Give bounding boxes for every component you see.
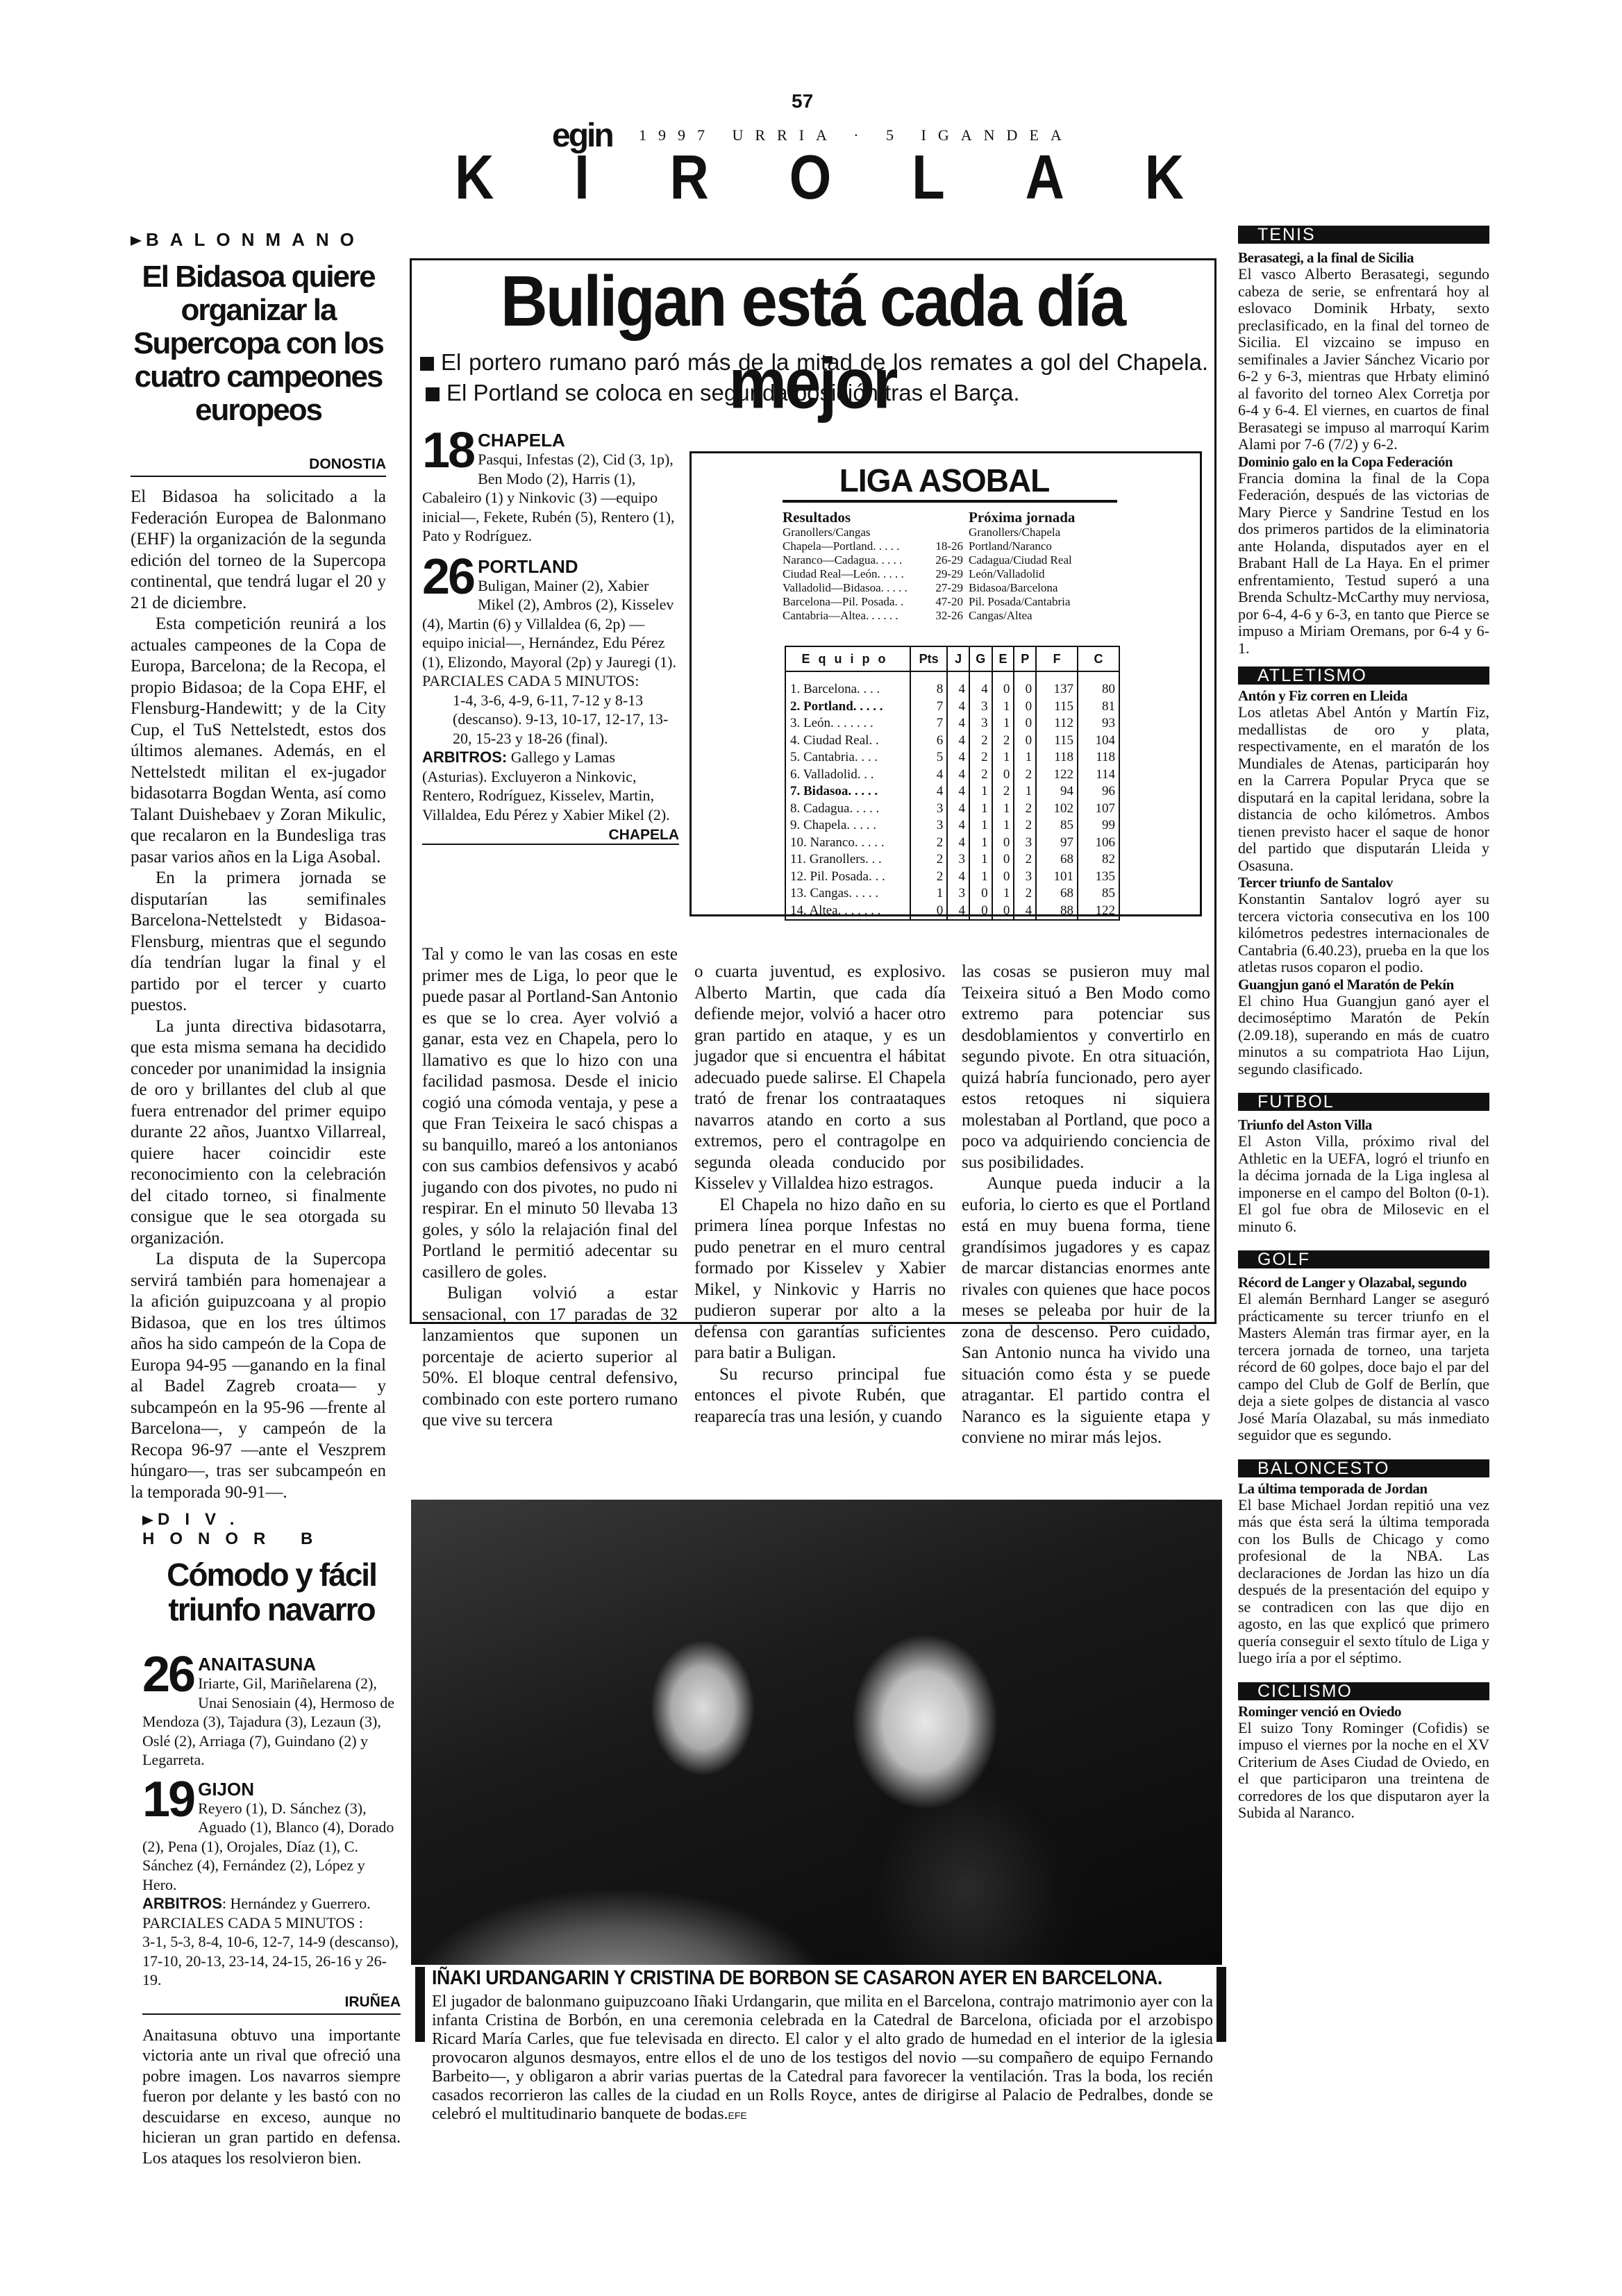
stat-cell: 4 [910,783,947,801]
team-cell: 14. Altea. . . . . . . [785,903,910,921]
stat-cell: 68 [1036,885,1078,903]
stat-cell: 115 [1036,732,1078,750]
stat-cell: 1 [969,783,992,801]
results-list: Resultados Granollers/Cangas Chapela—Por… [783,509,963,623]
briefs-column: TENIS Berasategi, a la final de Sicilia … [1238,226,1489,1822]
score-value: 18 [422,430,474,471]
article-byline: DONOSTIA [131,456,386,477]
brief-headline: Tercer triunfo de Santalov [1238,874,1489,891]
brief-headline: La última temporada de Jordan [1238,1480,1489,1497]
brief-body: Konstantin Santalov logró ayer su tercer… [1238,891,1489,976]
brief-body: El base Michael Jordan repitió una vez m… [1238,1497,1489,1667]
divider [783,500,1117,503]
referees-line: ARBITROS: Gallego y Lamas (Asturias). Ex… [422,748,679,824]
stat-cell: 1 [969,817,992,835]
brief-headline: Récord de Langer y Olazabal, segundo [1238,1274,1489,1291]
section-title-letter: R [670,141,709,214]
brief-section-atletismo: ATLETISMO Antón y Fiz corren en Lleida L… [1238,667,1489,1078]
stat-cell: 122 [1078,903,1119,921]
stat-cell: 82 [1078,851,1119,869]
triangle-bullet-icon [142,1516,153,1525]
stat-cell: 1 [1014,749,1036,766]
article-headline: Cómodo y fácil triunfo navarro [142,1557,401,1627]
score-value: 26 [142,1654,194,1695]
box-score: 18 CHAPELA Pasqui, Infestas (2), Cid (3,… [422,430,679,845]
brief-body: El chino Hua Guangjun ganó ayer el decim… [1238,993,1489,1078]
team-cell: 4. Ciudad Real. . [785,732,910,750]
stat-cell: 4 [947,766,969,784]
stat-cell: 102 [1036,801,1078,818]
stat-cell: 0 [992,903,1014,921]
stat-cell: 4 [947,681,969,698]
stat-cell: 96 [1078,783,1119,801]
stat-cell: 2 [910,835,947,852]
article-column-1: Tal y como le van las cosas en este prim… [422,944,678,1432]
stat-cell: 3 [910,801,947,818]
fixture: Granollers/Chapela [969,526,1121,539]
stat-cell: 4 [910,766,947,784]
article-anaitasuna-gijon: DIV. HONOR B Cómodo y fácil triunfo nava… [142,1510,401,2169]
stat-cell: 1 [992,817,1014,835]
stat-cell: 114 [1078,766,1119,784]
stat-cell: 0 [910,903,947,921]
team-cell: 12. Pil. Posada. . . [785,869,910,886]
stat-cell: 4 [947,817,969,835]
stat-cell: 81 [1078,698,1119,716]
brief-section-futbol: FUTBOL Triunfo del Aston Villa El Aston … [1238,1093,1489,1235]
score-value: 26 [422,557,474,597]
section-title-letter: A [1026,141,1064,214]
brief-headline: Dominio galo en la Copa Federación [1238,453,1489,470]
stat-cell: 1 [910,885,947,903]
section-title: K I R O L A K [455,141,1184,214]
paragraph: las cosas se pusieron muy mal Teixeira s… [962,962,1210,1173]
stat-cell: 0 [1014,732,1036,750]
stat-cell: 1 [969,835,992,852]
partials-label: PARCIALES CADA 5 MINUTOS: [422,671,679,691]
section-title-letter: I [574,141,590,214]
paragraph: Aunque pueda inducir a la euforia, lo ci… [962,1173,1210,1449]
stat-cell: 2 [910,851,947,869]
scoreboard-home: 18 CHAPELA Pasqui, Infestas (2), Cid (3,… [422,430,679,546]
stat-cell: 4 [947,903,969,921]
section-title-letter: O [789,141,832,214]
stat-cell: 99 [1078,817,1119,835]
stat-cell: 85 [1078,885,1119,903]
fixture: León/Valladolid [969,567,1121,581]
column-header: J [947,646,969,671]
stat-cell: 93 [1078,715,1119,732]
stat-cell: 3 [947,885,969,903]
stat-cell: 0 [969,885,992,903]
stat-cell: 101 [1036,869,1078,886]
referees-line: ARBITROS: Hernández y Guerrero. [142,1894,401,1913]
team-cell: 13. Cangas. . . . . [785,885,910,903]
brief-body: Francia domina la final de la Copa Feder… [1238,470,1489,657]
paragraph: La disputa de la Supercopa servirá tambi… [131,1249,386,1503]
brief-section-tenis: TENIS Berasategi, a la final de Sicilia … [1238,226,1489,657]
paragraph: Esta competición reunirá a los actuales … [131,614,386,868]
stat-cell: 68 [1036,851,1078,869]
stat-cell: 2 [992,732,1014,750]
stat-cell: 80 [1078,681,1119,698]
stat-cell: 3 [947,851,969,869]
team-cell: 3. León. . . . . . . [785,715,910,732]
next-round-list: Próxima jornada Granollers/Chapela Portl… [969,509,1121,623]
column-header: Equipo [785,646,910,671]
standings-row: 14. Altea. . . . . . .0400488122 [785,903,1119,921]
paragraph: Anaitasuna obtuvo una importante victori… [142,2026,401,2170]
stat-cell: 7 [910,715,947,732]
standings-row: 13. Cangas. . . . .130126885 [785,885,1119,903]
paragraph: o cuarta juventud, es explosivo. Alberto… [694,962,946,1195]
standings-row: 7. Bidasoa. . . . .441219496 [785,783,1119,801]
standings-row: 1. Barcelona. . . .8440013780 [785,681,1119,698]
caption-bar-left [415,1967,425,2042]
score-value: 19 [142,1779,194,1820]
stat-cell: 135 [1078,869,1119,886]
section-title-letter: L [912,141,945,214]
standings-row: 8. Cadagua. . . . .34112102107 [785,801,1119,818]
paragraph: Su recurso principal fue entonces el piv… [694,1364,946,1428]
brief-body: Los atletas Abel Antón y Martín Fiz, med… [1238,704,1489,874]
article-column-2: o cuarta juventud, es explosivo. Alberto… [694,962,946,1427]
article-byline: CHAPELA [422,827,679,845]
section-label: CICLISMO [1238,1682,1489,1700]
stat-cell: 0 [992,835,1014,852]
stat-cell: 4 [947,732,969,750]
brief-body: El vasco Alberto Berasategi, segundo cab… [1238,266,1489,453]
stat-cell: 85 [1036,817,1078,835]
news-photo [411,1500,1222,1965]
team-cell: 5. Cantabria. . . . [785,749,910,766]
section-title-letter: K [1145,141,1184,214]
paragraph: En la primera jornada se disputarían las… [131,868,386,1016]
results-header: Resultados [783,509,963,526]
brief-body: El Aston Villa, próximo rival del Athlet… [1238,1133,1489,1235]
square-bullet-icon [420,357,434,371]
triangle-bullet-icon [131,236,142,246]
partials-label: PARCIALES CADA 5 MINUTOS : [142,1913,401,1933]
stat-cell: 2 [1014,801,1036,818]
square-bullet-icon [426,387,440,401]
team-cell: 11. Granollers. . . [785,851,910,869]
stat-cell: 2 [1014,817,1036,835]
liga-asobal-title: LIGA ASOBAL [694,462,1194,499]
column-header: C [1078,646,1119,671]
stat-cell: 4 [947,835,969,852]
column-header: F [1036,646,1078,671]
team-cell: 2. Portland. . . . . [785,698,910,716]
stat-cell: 1 [992,698,1014,716]
team-cell: 10. Naranco. . . . . [785,835,910,852]
standings-row: 2. Portland. . . . .7431011581 [785,698,1119,716]
standings-row: 3. León. . . . . . .7431011293 [785,715,1119,732]
result-row: Naranco—Cadagua. . . . .26-29 [783,553,963,567]
brief-headline: Triunfo del Aston Villa [1238,1116,1489,1133]
stat-cell: 4 [969,681,992,698]
stat-cell: 107 [1078,801,1119,818]
fixture: Portland/Naranco [969,539,1121,553]
standings-row: 6. Valladolid. . .44202122114 [785,766,1119,784]
stat-cell: 3 [1014,835,1036,852]
stat-cell: 2 [910,869,947,886]
section-label: TENIS [1238,226,1489,244]
brief-headline: Rominger venció en Oviedo [1238,1703,1489,1720]
stat-cell: 0 [992,869,1014,886]
article-column-3: las cosas se pusieron muy mal Teixeira s… [962,962,1210,1449]
stat-cell: 3 [969,715,992,732]
stat-cell: 1 [1014,783,1036,801]
team-cell: 7. Bidasoa. . . . . [785,783,910,801]
brief-headline: Berasategi, a la final de Sicilia [1238,249,1489,266]
stat-cell: 118 [1036,749,1078,766]
brief-body: El suizo Tony Rominger (Cofidis) se impu… [1238,1720,1489,1822]
paragraph: La junta directiva bidasotarra, que esta… [131,1016,386,1250]
stat-cell: 5 [910,749,947,766]
stat-cell: 1 [992,885,1014,903]
stat-cell: 4 [947,869,969,886]
section-label: FUTBOL [1238,1093,1489,1111]
standings-row: 5. Cantabria. . . .54211118118 [785,749,1119,766]
section-label: BALONCESTO [1238,1459,1489,1477]
section-label: GOLF [1238,1250,1489,1268]
stat-cell: 1 [992,715,1014,732]
article-kicker: BALONMANO [131,229,386,251]
brief-section-baloncesto: BALONCESTO La última temporada de Jordan… [1238,1459,1489,1667]
result-row: Ciudad Real—León. . . . .29-29 [783,567,963,581]
stat-cell: 94 [1036,783,1078,801]
photo-caption-headline: IÑAKI URDANGARIN Y CRISTINA DE BORBON SE… [432,1967,1147,1990]
fixture: Bidasoa/Barcelona [969,581,1121,595]
result-row: Chapela—Portland. . . . .18-26 [783,539,963,553]
stat-cell: 2 [992,783,1014,801]
stat-cell: 0 [1014,715,1036,732]
standings-row: 9. Chapela. . . . .341128599 [785,817,1119,835]
standings-header-row: Equipo Pts J G E P F C [785,646,1119,671]
section-title-letter: K [455,141,494,214]
stat-cell: 2 [1014,766,1036,784]
stat-cell: 88 [1036,903,1078,921]
stat-cell: 0 [992,851,1014,869]
stat-cell: 4 [1014,903,1036,921]
article-headline: El Bidasoa quiere organizar la Supercopa… [131,260,386,427]
result-row: Cantabria—Altea. . . . . .32-26 [783,609,963,623]
scoreboard-away: 19 GIJON Reyero (1), D. Sánchez (3), Agu… [142,1779,401,1895]
next-round-header: Próxima jornada [969,509,1121,526]
stat-cell: 1 [992,801,1014,818]
partials-values: 1-4, 3-6, 4-9, 6-11, 7-12 y 8-13 (descan… [422,691,679,748]
stat-cell: 104 [1078,732,1119,750]
stat-cell: 137 [1036,681,1078,698]
article-byline: IRUÑEA [142,1994,401,2015]
stat-cell: 0 [1014,681,1036,698]
paragraph: El Bidasoa ha solicitado a la Federación… [131,487,386,614]
partials-values: 3-1, 5-3, 8-4, 10-6, 12-7, 14-9 (descans… [142,1932,401,1990]
result-row: Barcelona—Pil. Posada. .47-20 [783,595,963,609]
paragraph: Buligan volvió a estar sensacional, con … [422,1283,678,1432]
stat-cell: 2 [969,732,992,750]
stat-cell: 97 [1036,835,1078,852]
result-row: Granollers/Cangas [783,526,963,539]
stat-cell: 7 [910,698,947,716]
photo-caption-body: El jugador de balonmano guipuzcoano Iñak… [432,1993,1213,2125]
standings-row: 4. Ciudad Real. .64220115104 [785,732,1119,750]
brief-headline: Antón y Fiz corren en Lleida [1238,687,1489,704]
fixture: Pil. Posada/Cantabria [969,595,1121,609]
stat-cell: 0 [1014,698,1036,716]
section-label: ATLETISMO [1238,667,1489,685]
stat-cell: 6 [910,732,947,750]
team-cell: 1. Barcelona. . . . [785,681,910,698]
stat-cell: 3 [910,817,947,835]
stat-cell: 115 [1036,698,1078,716]
stat-cell: 2 [1014,851,1036,869]
team-cell: 8. Cadagua. . . . . [785,801,910,818]
article-body: El Bidasoa ha solicitado a la Federación… [131,487,386,1503]
paragraph: El Chapela no hizo daño en su primera lí… [694,1195,946,1364]
column-header: G [969,646,992,671]
stat-cell: 3 [969,698,992,716]
stat-cell: 4 [947,698,969,716]
stat-cell: 112 [1036,715,1078,732]
column-header: Pts [910,646,947,671]
scoreboard-away: 26 PORTLAND Buligan, Mainer (2), Xabier … [422,557,679,672]
stat-cell: 1 [969,869,992,886]
column-header: E [992,646,1014,671]
team-cell: 9. Chapela. . . . . [785,817,910,835]
caption-bar-right [1216,1967,1226,2042]
brief-headline: Guangjun ganó el Maratón de Pekín [1238,976,1489,993]
stat-cell: 4 [947,749,969,766]
stat-cell: 118 [1078,749,1119,766]
fixture: Cangas/Altea [969,609,1121,623]
brief-section-ciclismo: CICLISMO Rominger venció en Oviedo El su… [1238,1682,1489,1822]
brief-section-golf: GOLF Récord de Langer y Olazabal, segund… [1238,1250,1489,1444]
photo-credit: EFE [728,2110,747,2121]
stat-cell: 3 [1014,869,1036,886]
stat-cell: 0 [969,903,992,921]
stat-cell: 2 [969,766,992,784]
stat-cell: 2 [969,749,992,766]
scoreboard-home: 26 ANAITASUNA Iriarte, Gil, Mariñelarena… [142,1654,401,1770]
stat-cell: 1 [969,851,992,869]
stat-cell: 106 [1078,835,1119,852]
standings-table: Equipo Pts J G E P F C 1. Barcelona. . .… [785,646,1120,921]
stat-cell: 8 [910,681,947,698]
team-cell: 6. Valladolid. . . [785,766,910,784]
standings-row: 10. Naranco. . . . .2410397106 [785,835,1119,852]
stat-cell: 4 [947,783,969,801]
stat-cell: 0 [992,681,1014,698]
result-row: Valladolid—Bidasoa. . . . .27-29 [783,581,963,595]
column-header: P [1014,646,1036,671]
stat-cell: 4 [947,715,969,732]
article-bidasoa-supercopa: BALONMANO El Bidasoa quiere organizar la… [131,229,386,1503]
stat-cell: 1 [992,749,1014,766]
fixture: Cadagua/Ciudad Real [969,553,1121,567]
standings-row: 11. Granollers. . .231026882 [785,851,1119,869]
paragraph: Tal y como le van las cosas en este prim… [422,944,678,1283]
standings-row: 12. Pil. Posada. . .24103101135 [785,869,1119,886]
stat-cell: 4 [947,801,969,818]
stat-cell: 122 [1036,766,1078,784]
stat-cell: 0 [992,766,1014,784]
main-article-deck: El portero rumano paró más de la mitad d… [420,347,1208,408]
stat-cell: 1 [969,801,992,818]
brief-body: El alemán Bernhard Langer se aseguró prá… [1238,1291,1489,1444]
page-number: 57 [792,90,813,112]
stat-cell: 2 [1014,885,1036,903]
article-kicker: DIV. HONOR B [142,1510,401,1549]
